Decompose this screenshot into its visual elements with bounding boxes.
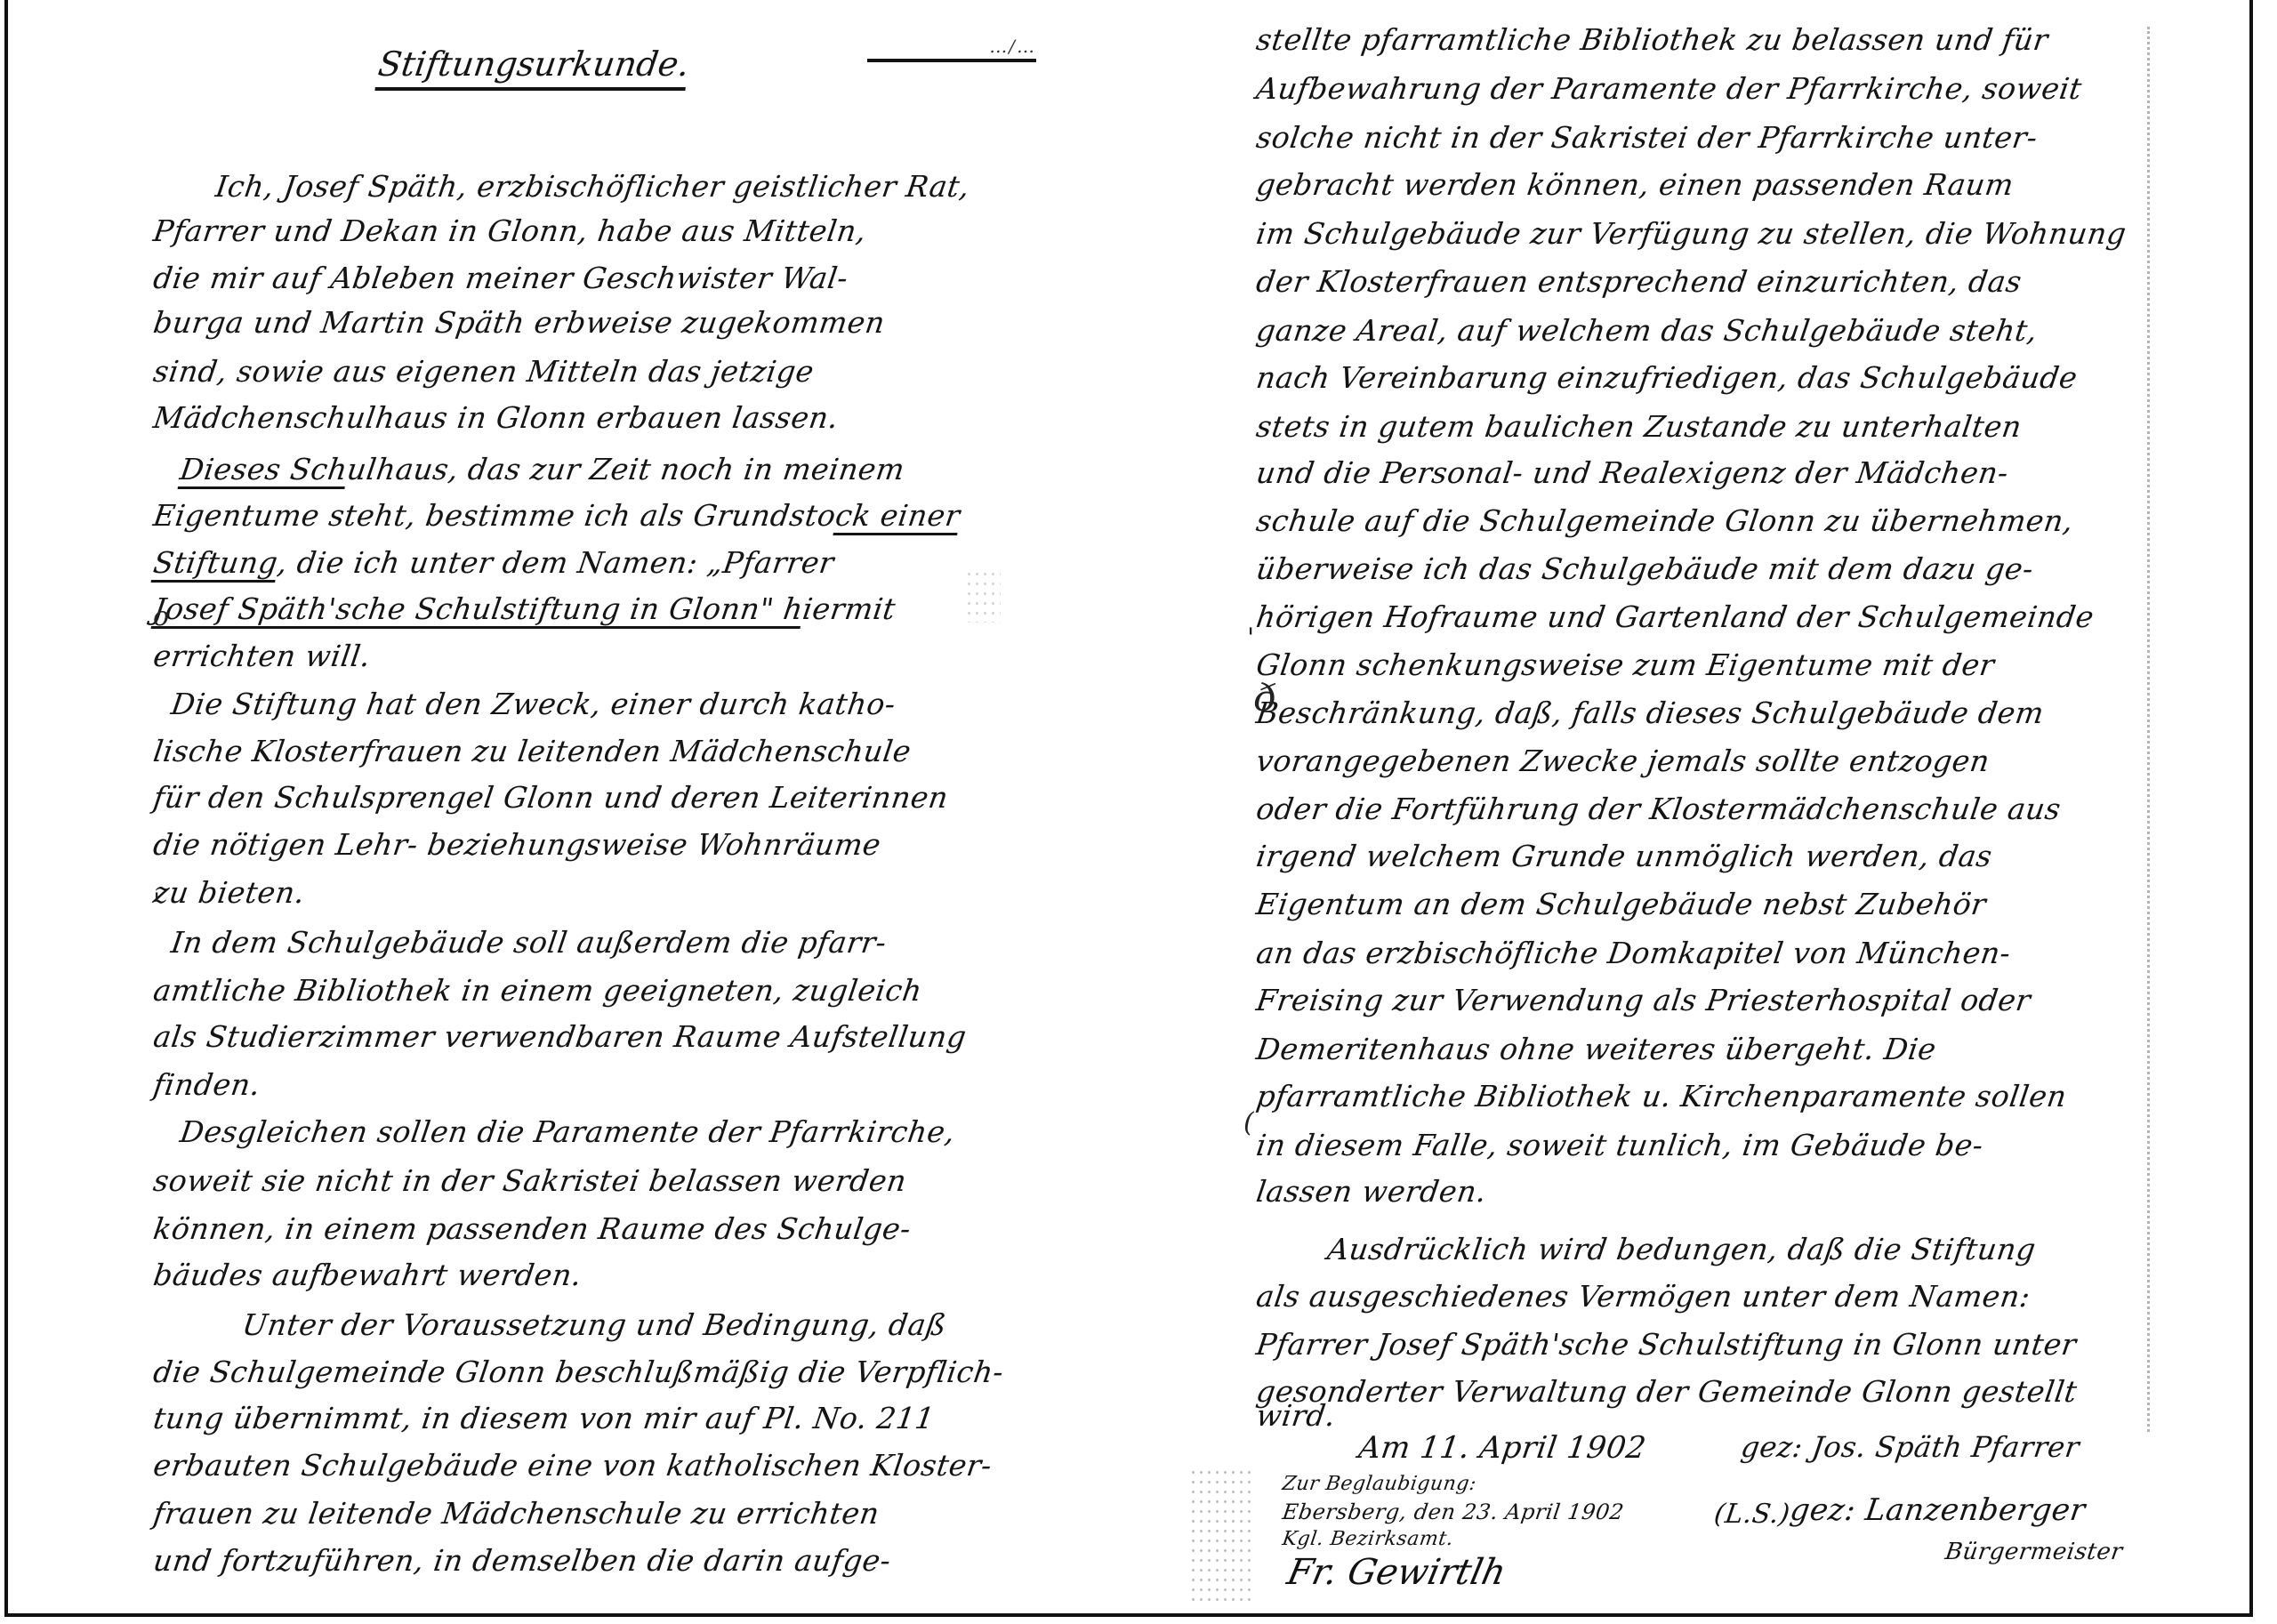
mayor-signature: gez: Lanzenberger: [1788, 1492, 2088, 1528]
mayor-title: Bürgermeister: [1943, 1539, 2124, 1565]
underlined-phrase: Dieses Sch: [178, 452, 350, 486]
right-page-line: Ausdrücklich wird bedungen, daß die Stif…: [1325, 1232, 2038, 1266]
left-page-line: Unter der Voraussetzung und Bedingung, d…: [240, 1307, 948, 1342]
right-page-line: stets in gutem baulichen Zustande zu unt…: [1254, 409, 2024, 444]
left-page-line: burga und Martin Späth erbweise zugekomm…: [151, 305, 887, 340]
document-title: Stiftungsurkunde.: [374, 44, 691, 91]
left-page-line: die nötigen Lehr- beziehungsweise Wohnrä…: [151, 827, 883, 862]
left-page-line: können, in einem passenden Raume des Sch…: [151, 1211, 913, 1246]
right-page-line: solche nicht in der Sakristei der Pfarrk…: [1254, 120, 2040, 155]
right-page-line: Freising zur Verwendung als Priesterhosp…: [1254, 983, 2033, 1017]
left-page-line: erbauten Schulgebäude eine von katholisc…: [151, 1448, 994, 1483]
certification-heading: Zur Beglaubigung:: [1281, 1473, 1478, 1495]
left-page-line: finden.: [151, 1067, 262, 1102]
left-page-line: Desgleichen sollen die Paramente der Pfa…: [178, 1114, 957, 1149]
left-page-line: zu bieten.: [151, 875, 307, 910]
right-page-line: Demeritenhaus ohne weiteres übergeht. Di…: [1254, 1032, 1938, 1066]
margin-mark: ': [1247, 623, 1254, 654]
right-page-line: Glonn schenkungsweise zum Eigentume mit …: [1254, 647, 1997, 682]
left-page-line: sind, sowie aus eigenen Mitteln das jetz…: [151, 354, 817, 389]
margin-mark: ': [153, 888, 160, 919]
scan-edge-dots: [2147, 27, 2150, 1432]
right-page-line: hörigen Hofraume und Gartenland der Schu…: [1254, 599, 2096, 634]
certification-signature: Fr. Gewirtlh: [1283, 1552, 1509, 1593]
page-reference: …/…: [867, 36, 1036, 62]
left-page-line: amtliche Bibliothek in einem geeigneten,…: [151, 973, 924, 1008]
right-page-line: ganze Areal, auf welchem das Schulgebäud…: [1254, 313, 2040, 348]
right-page-line: Pfarrer Josef Späth'sche Schulstiftung i…: [1254, 1327, 2079, 1362]
right-page-line: wird.: [1254, 1398, 1338, 1433]
right-page-line: pfarramtliche Bibliothek u. Kirchenparam…: [1254, 1079, 2069, 1113]
left-page-line: Josef Späth'sche Schulstiftung in Glonn"…: [151, 591, 897, 626]
right-page-line: der Klosterfrauen entsprechend einzurich…: [1254, 264, 2024, 299]
founder-signature: gez: Jos. Späth Pfarrer: [1739, 1430, 2081, 1464]
right-page-line: überweise ich das Schulgebäude mit dem d…: [1254, 551, 2036, 586]
left-page-line: Stiftung, die ich unter dem Namen: „Pfar…: [151, 545, 836, 580]
right-page-line: lassen werden.: [1254, 1174, 1489, 1209]
certification-office: Kgl. Bezirksamt.: [1281, 1528, 1455, 1550]
left-page-line: soweit sie nicht in der Sakristei belass…: [151, 1163, 909, 1198]
left-page-line: Mädchenschulhaus in Glonn erbauen lassen…: [151, 400, 841, 435]
underlined-phrase: Stiftung: [151, 545, 280, 580]
margin-mark: ð: [1254, 676, 1276, 720]
left-page-line: tung übernimmt, in diesem von mir auf Pl…: [151, 1401, 937, 1435]
right-page-line: als ausgeschiedenes Vermögen unter dem N…: [1254, 1279, 2032, 1314]
left-page-line: errichten will.: [151, 639, 373, 673]
scan-noise: [965, 569, 1001, 623]
right-page-line: irgend welchem Grunde unmöglich werden, …: [1254, 839, 1994, 873]
right-page-line: schule auf die Schulgemeinde Glonn zu üb…: [1254, 503, 2076, 538]
right-page-line: Beschränkung, daß, falls dieses Schulgeb…: [1254, 695, 2047, 730]
left-page-line: Pfarrer und Dekan in Glonn, habe aus Mit…: [151, 213, 869, 248]
closing-date: Am 11. April 1902: [1356, 1430, 1648, 1466]
left-page-line: die Schulgemeinde Glonn beschlußmäßig di…: [151, 1355, 1006, 1389]
right-page-line: gebracht werden können, einen passenden …: [1254, 167, 2016, 202]
left-page-line: Dieses Schulhaus, das zur Zeit noch in m…: [178, 452, 907, 486]
underlined-phrase: Josef Späth'sche Schulstiftung in Glonn"…: [151, 591, 805, 626]
right-page-line: nach Vereinbarung einzufriedigen, das Sc…: [1254, 360, 2080, 395]
right-page-line: und die Personal- und Realexigenz der Mä…: [1254, 455, 2011, 490]
certification-place-date: Ebersberg, den 23. April 1902: [1281, 1499, 1626, 1524]
right-page-line: an das erzbischöfliche Domkapitel von Mü…: [1254, 936, 2013, 970]
right-page-line: stellte pfarramtliche Bibliothek zu bela…: [1254, 22, 2050, 57]
left-page-line: In dem Schulgebäude soll außerdem die pf…: [169, 925, 889, 960]
left-page-line: frauen zu leitende Mädchenschule zu erri…: [151, 1496, 881, 1531]
left-page-line: Eigentume steht, bestimme ich als Grunds…: [151, 498, 962, 533]
left-page-line: Ich, Josef Späth, erzbischöflicher geist…: [213, 169, 972, 204]
left-page-line: Die Stiftung hat den Zweck, einer durch …: [169, 687, 897, 721]
left-page-line: und fortzuführen, in demselben die darin…: [151, 1543, 893, 1578]
left-page-line: bäudes aufbewahrt werden.: [151, 1258, 584, 1292]
right-page-line: in diesem Falle, soweit tunlich, im Gebä…: [1254, 1128, 1985, 1162]
right-page-line: Eigentum an dem Schulgebäude nebst Zubeh…: [1254, 887, 1989, 921]
right-page-line: Aufbewahrung der Paramente der Pfarrkirc…: [1254, 71, 2084, 106]
left-page-line: für den Schulsprengel Glonn und deren Le…: [151, 780, 951, 815]
right-page-line: gesonderter Verwaltung der Gemeinde Glon…: [1254, 1374, 2080, 1409]
seal-mark: (L.S.): [1712, 1499, 1792, 1530]
left-page-line: als Studierzimmer verwendbaren Raume Auf…: [151, 1019, 969, 1054]
underlined-phrase: ck einer: [833, 498, 962, 533]
left-page-line: lische Klosterfrauen zu leitenden Mädche…: [151, 734, 913, 768]
scan-noise: [1189, 1467, 1251, 1601]
right-page-line: im Schulgebäude zur Verfügung zu stellen…: [1254, 216, 2128, 251]
left-page-line: die mir auf Ableben meiner Geschwister W…: [151, 261, 850, 295]
right-page-line: oder die Fortführung der Klostermädchens…: [1254, 792, 2064, 826]
margin-mark: (: [1243, 1107, 1254, 1138]
right-page-line: vorangegebenen Zwecke jemals sollte entz…: [1254, 744, 1991, 778]
margin-mark: o: [153, 601, 169, 632]
